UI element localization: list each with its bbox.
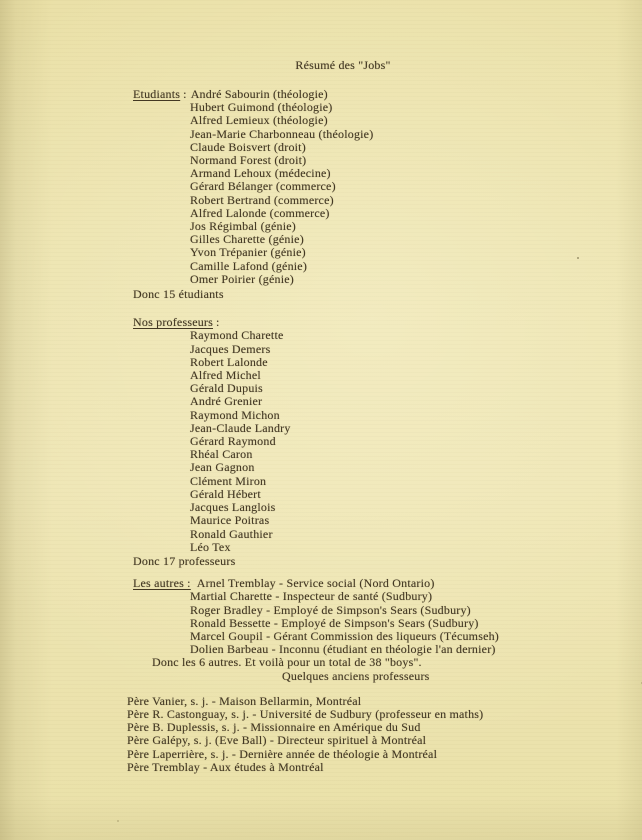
list-item: Camille Lafond (génie) [190,260,606,273]
list-item: Léo Tex [190,541,606,554]
list-item: Jean Gagnon [190,461,606,474]
paper-speck [577,257,579,259]
list-item: Jean-Marie Charbonneau (théologie) [190,128,606,141]
section-others: Les autres :Arnel Tremblay - Service soc… [133,577,606,683]
section-label: Les autres : [133,576,191,590]
section-label: Nos professeurs [133,315,213,329]
list-item: Père Laperrière, s. j. - Dernière année … [127,748,606,761]
list-item: Raymond Charette [190,329,606,342]
section-footer: Donc les 6 autres. Et voilà pour un tota… [152,656,606,669]
list-item: Gérard Bélanger (commerce) [190,180,606,193]
list-item: Raymond Michon [190,409,606,422]
section-colon: : [213,315,224,329]
section-professors: Nos professeurs: Raymond Charette Jacque… [133,316,606,568]
list-item: Roger Bradley - Employé de Simpson's Sea… [190,604,606,617]
list-item: Père Tremblay - Aux études à Montréal [127,761,606,774]
list-item: Ronald Gauthier [190,528,606,541]
section-footer: Donc 17 professeurs [133,555,606,568]
list-item: André Sabourin (théologie) [191,87,328,101]
list-item: Alfred Lemieux (théologie) [190,114,606,127]
list-item: Martial Charette - Inspecteur de santé (… [190,590,606,603]
scanned-page: Résumé des "Jobs" Etudiants:André Sabour… [0,0,642,840]
list-item: Clément Miron [190,475,606,488]
list-item: Arnel Tremblay - Service social (Nord On… [197,576,435,590]
document-subheading: Quelques anciens professeurs [282,670,606,683]
list-item: Yvon Trépanier (génie) [190,246,606,259]
list-item: Ronald Bessette - Employé de Simpson's S… [190,617,606,630]
list-item: Maurice Poitras [190,514,606,527]
list-item: André Grenier [190,395,606,408]
section-label: Etudiants [133,87,180,101]
list-item: Père Galépy, s. j. (Eve Ball) - Directeu… [127,734,606,747]
list-item: Omer Poirier (génie) [190,273,606,286]
section-footer: Donc 15 étudiants [133,288,606,301]
section-former-professors: Père Vanier, s. j. - Maison Bellarmin, M… [127,695,606,774]
list-item: Robert Bertrand (commerce) [190,194,606,207]
page-title: Résumé des "Jobs" [0,59,642,72]
list-item: Père Vanier, s. j. - Maison Bellarmin, M… [127,695,606,708]
list-item: Jacques Demers [190,343,606,356]
section-students: Etudiants:André Sabourin (théologie) Hub… [133,88,606,301]
section-colon: : [180,87,191,101]
